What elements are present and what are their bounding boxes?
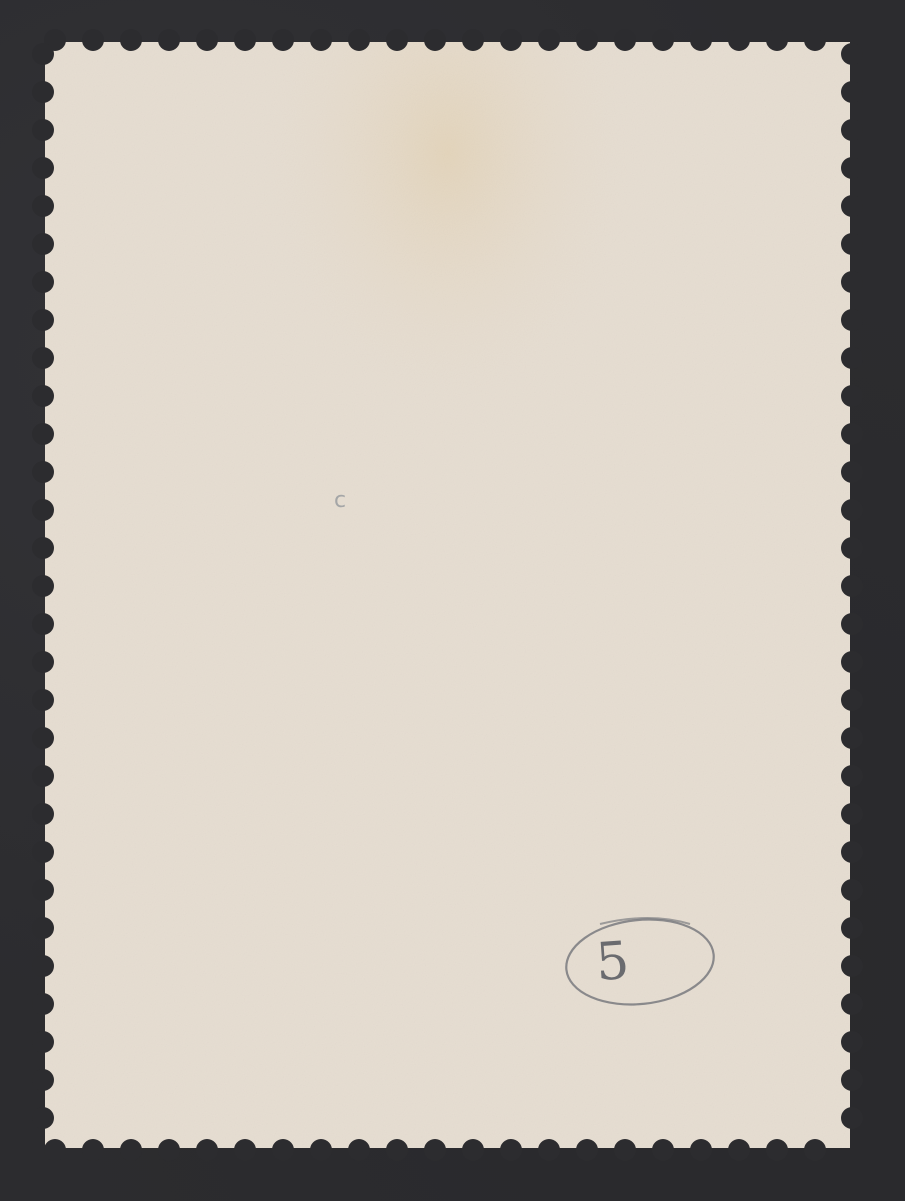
faint-letter: c	[334, 488, 346, 513]
stamp-paper	[0, 0, 905, 1201]
pencil-number: 5	[594, 931, 631, 993]
stamp-back: 5 c	[0, 0, 905, 1201]
pencil-oval	[560, 906, 720, 1016]
